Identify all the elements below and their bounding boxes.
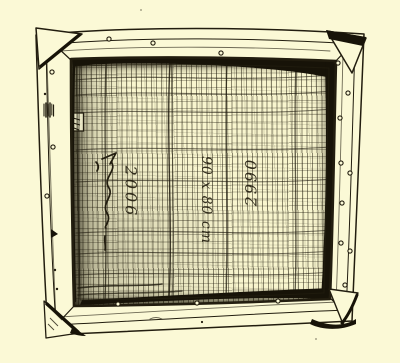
inscription-year: 2006 [122, 166, 141, 219]
inscription-number: 2990 [242, 158, 261, 207]
inscription-dimensions: 90 x 80 cm [198, 156, 214, 244]
canvas-back-sketch: 2006 90 x 80 cm 2990 [0, 0, 400, 363]
